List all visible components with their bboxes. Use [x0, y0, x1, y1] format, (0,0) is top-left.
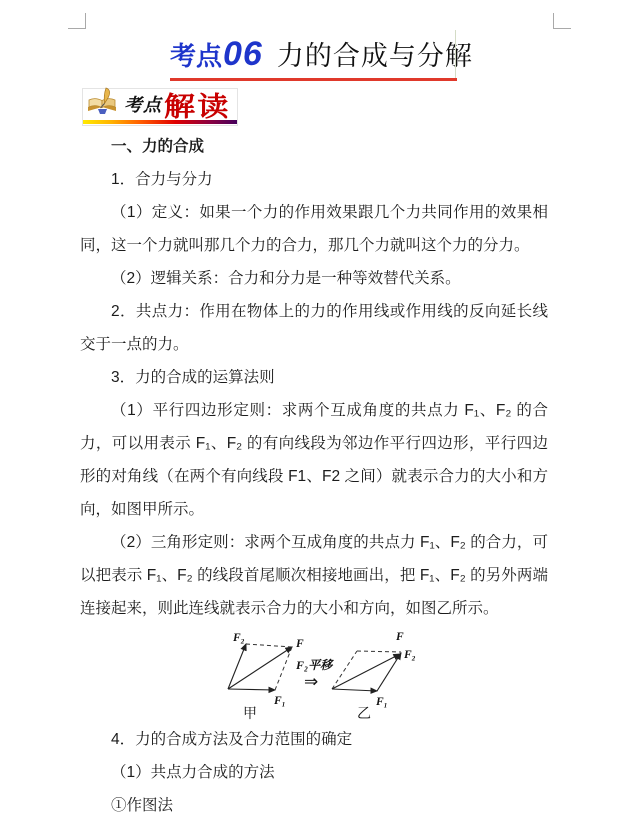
paragraph-logic-relation: （2）逻辑关系：合力和分力是一种等效替代关系。 [80, 262, 548, 295]
banner-label-red: 解读 [164, 85, 231, 124]
document-body: 一、力的合成 1．合力与分力 （1）定义：如果一个力的作用效果跟几个力共同作用的… [80, 130, 548, 818]
paragraph-graphing-method: ①作图法 [80, 789, 548, 818]
title-underline [170, 78, 457, 81]
force-composition-figure: F₂ F F₁ 甲 F₂平移 ⇒ F F₂ [180, 627, 452, 721]
banner-gradient-bar [83, 120, 237, 124]
margin-crop-mark-top-right [553, 13, 571, 29]
title-prefix: 考点 [170, 36, 222, 73]
figure-jia-parallelogram: F₂ F F₁ 甲 [228, 632, 304, 721]
paragraph-operation-rules: 3．力的合成的运算法则 [80, 361, 548, 394]
label-f1-yi: F₁ [375, 696, 388, 708]
paragraph-parallelogram-rule: （1）平行四边形定则：求两个互成角度的共点力 F₁、F₂ 的合力，可以用表示 F… [80, 394, 548, 526]
margin-crop-mark-top-left [68, 13, 86, 29]
figure-translation-annotation: F₂平移 ⇒ [295, 658, 334, 692]
label-f2-yi: F₂ [403, 649, 416, 661]
figure-yi-triangle: F F₂ F₁ 乙 [332, 631, 416, 721]
double-arrow-icon: ⇒ [304, 672, 318, 692]
paragraph-concurrent-method: （1）共点力合成的方法 [80, 756, 548, 789]
title-main-text: 力的合成与分解 [277, 34, 473, 73]
label-f-jia: F [295, 638, 304, 650]
banner-label-black: 考点 [124, 91, 162, 117]
paragraph-triangle-rule: （2）三角形定则：求两个互成角度的共点力 F₁、F₂ 的合力，可以把表示 F₁、… [80, 526, 548, 625]
heading-force-composition: 一、力的合成 [80, 130, 548, 163]
banner-row: 考点 解读 [85, 89, 222, 119]
label-f1-jia: F₁ [273, 695, 286, 707]
text-frame-boundary [455, 30, 456, 78]
section-banner: 考点 解读 [82, 88, 238, 126]
book-quill-icon [85, 87, 121, 122]
paragraph-definition: （1）定义：如果一个力的作用效果跟几个力共同作用的效果相同，这一个力就叫那几个力… [80, 196, 548, 262]
paragraph-method-range: 4．力的合成方法及合力范围的确定 [80, 723, 548, 756]
caption-yi: 乙 [357, 705, 371, 721]
caption-jia: 甲 [243, 705, 257, 721]
document-page: 考点 06 力的合成与分解 考点 解读 一、力的合成 1．合力与分力 [0, 0, 626, 818]
paragraph-resultant-component: 1．合力与分力 [80, 163, 548, 196]
label-f2-jia: F₂ [232, 632, 245, 644]
paragraph-concurrent-forces: 2．共点力：作用在物体上的力的作用线或作用线的反向延长线交于一点的力。 [80, 295, 548, 361]
label-f-yi: F [395, 631, 404, 643]
label-f2-translate: F₂平移 [295, 658, 334, 672]
title-number: 06 [223, 35, 263, 74]
page-title: 考点 06 力的合成与分解 [170, 34, 473, 78]
